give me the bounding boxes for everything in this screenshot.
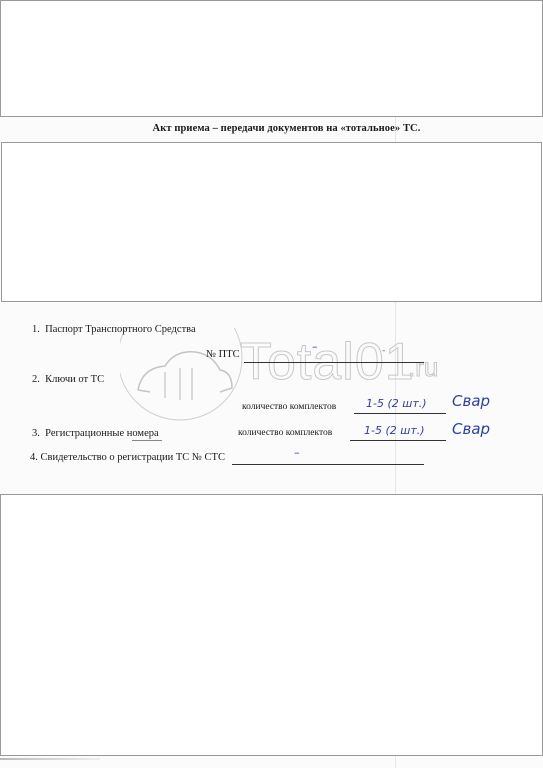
- item-number: 1.: [32, 324, 40, 335]
- keys-field-label: количество комплектов: [242, 402, 336, 412]
- pts-handwritten-dash: -: [382, 346, 385, 356]
- sts-handwritten: –: [294, 446, 300, 459]
- watermark-suffix: .ru: [408, 352, 438, 383]
- document-title: Акт приема – передачи документов на «тот…: [0, 123, 543, 134]
- item-number: 3.: [32, 428, 40, 439]
- plates-signature: Свар: [452, 420, 490, 438]
- plates-field-label: количество комплектов: [238, 428, 332, 438]
- item-label: Ключи от ТС: [45, 374, 104, 385]
- item-label: Регистрационные номера: [45, 428, 159, 439]
- redacted-area-top: [0, 0, 543, 117]
- keys-handwritten: 1-5 (2 шт.): [366, 397, 427, 410]
- item-3: 3. Регистрационные номера: [32, 428, 159, 439]
- plates-field-line: [350, 440, 446, 441]
- redacted-area-bottom: [0, 494, 543, 756]
- item-label: Свидетельство о регистрации ТС № СТС: [41, 452, 225, 463]
- sts-field-line: [232, 464, 424, 465]
- scan-artifact: [0, 758, 100, 760]
- item-1: 1. Паспорт Транспортного Средства: [32, 324, 196, 335]
- pts-handwritten: –: [312, 340, 318, 353]
- item-number: 2.: [32, 374, 40, 385]
- plates-handwritten: 1-5 (2 шт.): [364, 424, 425, 437]
- redacted-area-middle: [1, 142, 542, 302]
- item-label: Паспорт Транспортного Средства: [45, 324, 196, 335]
- item-2: 2. Ключи от ТС: [32, 374, 104, 385]
- keys-signature: Свар: [452, 392, 490, 410]
- item-number: 4.: [30, 452, 38, 463]
- plates-label-underline: [132, 440, 162, 441]
- pts-field-label: № ПТС: [206, 349, 240, 360]
- keys-field-line: [354, 413, 446, 414]
- item-4: 4. Свидетельство о регистрации ТС № СТС: [30, 452, 225, 463]
- pts-field-line: [244, 362, 424, 363]
